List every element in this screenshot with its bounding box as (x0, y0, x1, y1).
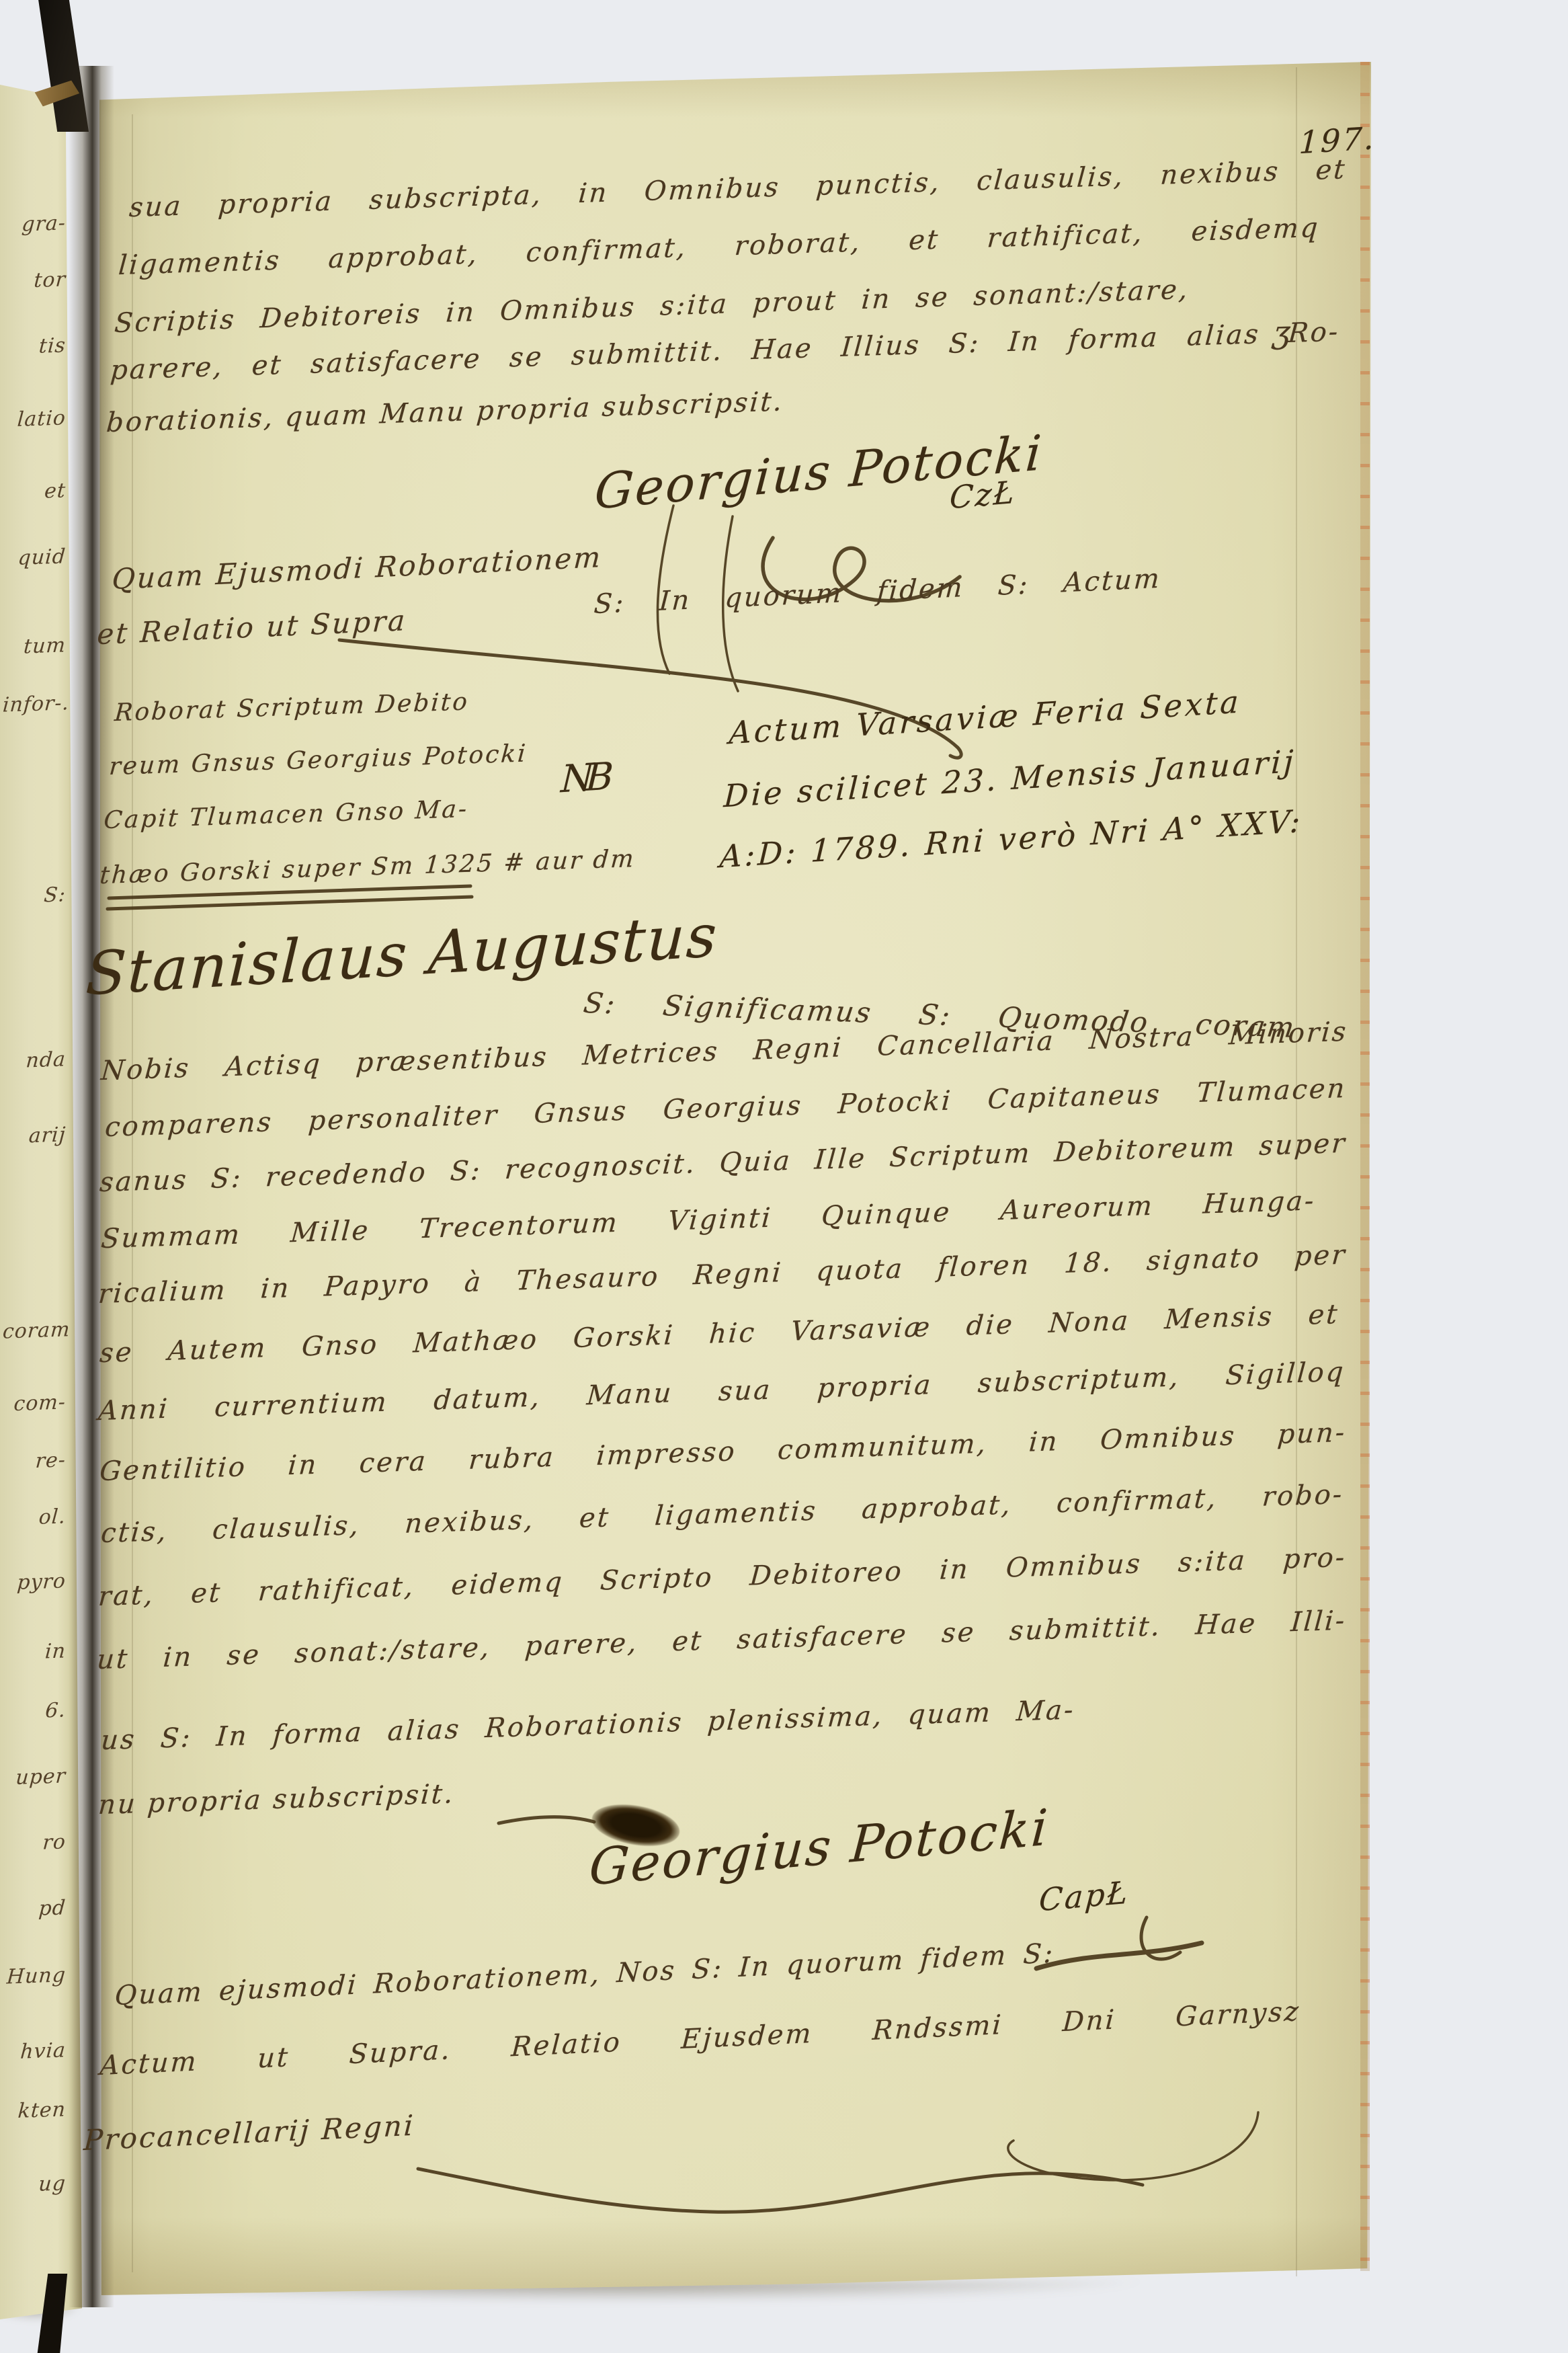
prev-page-fragment: com- (2, 1390, 67, 1416)
prev-page-fragment: et (2, 479, 67, 504)
nota-bene-mark: NB (560, 756, 606, 802)
prev-page-fragment: pyro (2, 1569, 67, 1595)
prev-page-fragment: Hung (2, 1963, 67, 1989)
prev-page-fragment: arij (2, 1123, 67, 1148)
fold-line (1296, 67, 1297, 2276)
prev-page-fragment: re- (2, 1448, 67, 1474)
prev-page-fragment: tum (2, 633, 67, 659)
prev-page-fragment: nda (2, 1047, 67, 1073)
prev-page-fragment: gra- (2, 211, 67, 237)
prev-page-fragment: ro (2, 1830, 67, 1856)
prev-page-fragment: in (2, 1639, 67, 1665)
prev-page-fragment: tor (2, 268, 67, 293)
prev-page-fragment: pd (2, 1896, 67, 1921)
prev-page-fragment: coram (2, 1318, 67, 1343)
paper-deckle-edge (1360, 62, 1370, 2271)
prev-page-fragment: latio (2, 406, 67, 432)
prev-page-fragment: kten (2, 2098, 67, 2123)
prev-page-fragment: infor-. (2, 691, 67, 717)
manuscript-scan: 197. ʒ sua propria subscripta, in Omnibu… (0, 0, 1568, 2353)
prev-page-fragment: 6. (2, 1698, 67, 1724)
signature-title-abbreviation: CzŁ (948, 474, 1018, 516)
prev-page-fragment: tis (2, 333, 67, 359)
prev-page-fragment: ug (2, 2171, 67, 2197)
prev-page-fragment: S: (2, 883, 67, 908)
prev-page-fragment: uper (2, 1764, 67, 1790)
prev-page-fragment: ol. (2, 1505, 67, 1530)
prev-page-fragment: quid (2, 545, 67, 570)
prev-page-fragment: hvia (2, 2038, 67, 2064)
